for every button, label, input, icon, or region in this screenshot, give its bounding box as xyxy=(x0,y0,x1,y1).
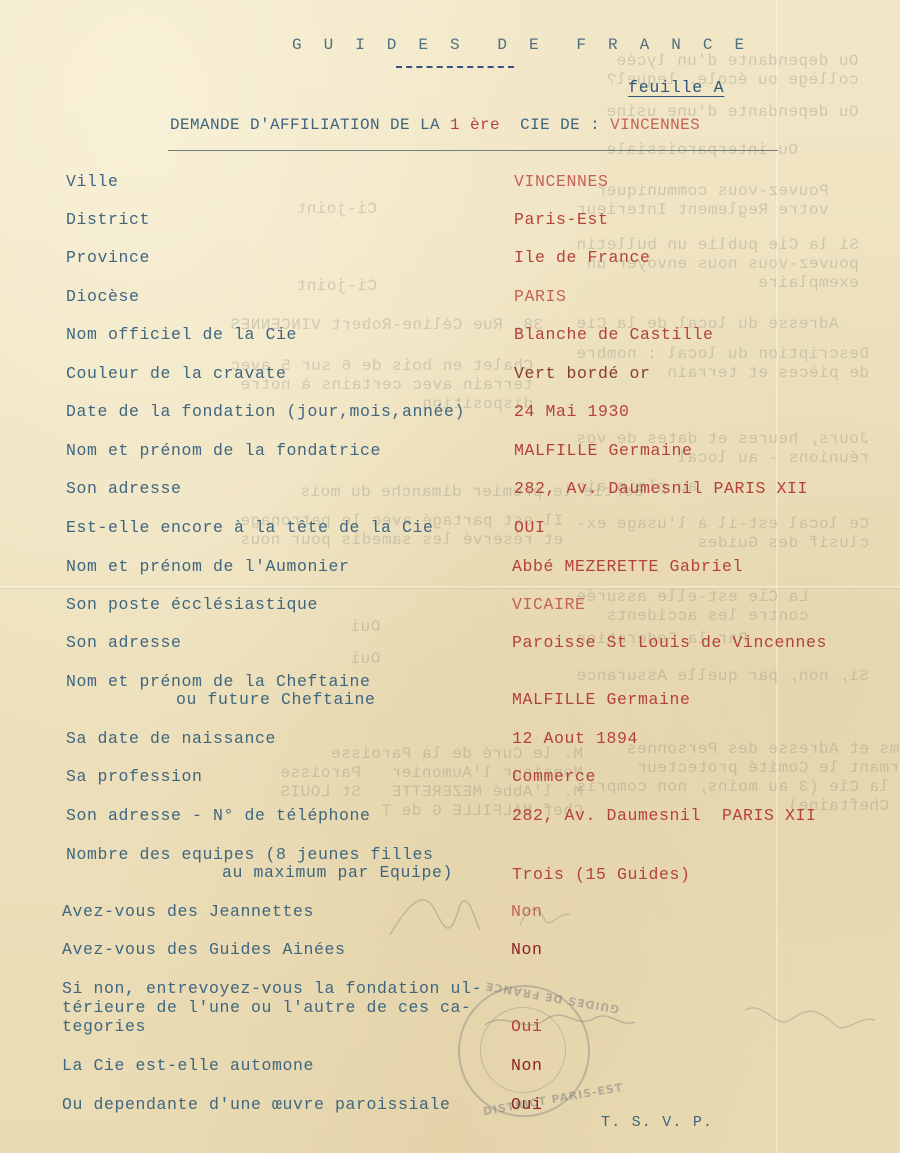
label-founding-date: Date de la fondation (jour,mois,année) xyxy=(66,402,465,421)
please-turn-over-note: T. S. V. P. xyxy=(601,1114,713,1131)
label-future-founding-line3: tegories xyxy=(62,1017,146,1036)
label-province: Province xyxy=(66,248,150,267)
label-district: District xyxy=(66,210,150,229)
value-tie-color: Vert bordé or xyxy=(514,364,651,383)
value-leader-address-phone: 282, Av. Daumesnil PARIS XII xyxy=(512,806,817,825)
label-official-name: Nom officiel de la Cie xyxy=(66,325,297,344)
subtitle-divider xyxy=(168,150,778,151)
value-chaplain-post: VICAIRE xyxy=(512,595,586,614)
subtitle-city: VINCENNES xyxy=(610,116,700,134)
value-chaplain-address: Paroisse St Louis de Vincennes xyxy=(512,633,827,652)
label-future-founding-line2: térieure de l'une ou l'autre de ces ca- xyxy=(62,998,472,1017)
value-still-leading: OUI xyxy=(514,518,546,537)
value-diocese: PARIS xyxy=(514,287,567,306)
label-founder-address: Son adresse xyxy=(66,479,182,498)
label-autonomous: La Cie est-elle automone xyxy=(62,1056,314,1075)
label-ville: Ville xyxy=(66,172,119,191)
label-jeannettes: Avez-vous des Jeannettes xyxy=(62,902,314,921)
value-chaplain-name: Abbé MEZERETTE Gabriel xyxy=(512,557,743,576)
label-chaplain-address: Son adresse xyxy=(66,633,182,652)
value-team-count: Trois (15 Guides) xyxy=(512,865,691,884)
label-diocese: Diocèse xyxy=(66,287,140,306)
label-parish-dependent: Ou dependante d'une œuvre paroissiale xyxy=(62,1095,451,1114)
value-leader-name: MALFILLE Germaine xyxy=(512,690,691,709)
pencil-signature-icon xyxy=(380,880,580,960)
label-leader-profession: Sa profession xyxy=(66,767,203,786)
label-founder-name: Nom et prénom de la fondatrice xyxy=(66,441,381,460)
label-chaplain-name: Nom et prénom de l'Aumonier xyxy=(66,557,350,576)
value-ville: VINCENNES xyxy=(514,172,609,191)
value-founder-address: 282, Av. Daumesnil PARIS XII xyxy=(514,479,808,498)
form-subtitle: DEMANDE D'AFFILIATION DE LA 1 ère CIE DE… xyxy=(170,116,700,134)
organization-title: G U I D E S D E F R A N C E xyxy=(292,36,750,54)
label-chaplain-post: Son poste écclésiastique xyxy=(66,595,318,614)
value-founder-name: MALFILLE Germaine xyxy=(514,441,693,460)
subtitle-middle: CIE DE : xyxy=(500,116,610,134)
sheet-label: feuille A xyxy=(628,78,724,97)
label-leader-birthdate: Sa date de naissance xyxy=(66,729,276,748)
value-founding-date: 24 Mai 1930 xyxy=(514,402,630,421)
subtitle-rank: 1 ère xyxy=(450,116,500,134)
label-guides-ainees: Avez-vous des Guides Ainées xyxy=(62,940,346,959)
value-leader-profession: Commerce xyxy=(512,767,596,786)
value-official-name: Blanche de Castille xyxy=(514,325,714,344)
label-leader-name-line2: ou future Cheftaine xyxy=(176,690,376,709)
label-team-count-line2: au maximum par Equipe) xyxy=(222,863,453,882)
fold-line-vertical xyxy=(776,0,778,1153)
label-future-founding: Si non, entrevoyez-vous la fondation ul- xyxy=(62,979,482,998)
value-district: Paris-Est xyxy=(514,210,609,229)
value-province: Ile de France xyxy=(514,248,651,267)
district-stamp: GUIDES DE FRANCE DISTRICT PARIS-EST xyxy=(458,985,590,1117)
subtitle-prefix: DEMANDE D'AFFILIATION DE LA xyxy=(170,116,450,134)
title-underline-rule xyxy=(396,66,514,68)
value-leader-birthdate: 12 Aout 1894 xyxy=(512,729,638,748)
label-leader-address-phone: Son adresse - N° de téléphone xyxy=(66,806,371,825)
value-guides-ainees: Non xyxy=(511,940,543,959)
document-page: Ou dependante d'un lycée collège ou écol… xyxy=(0,0,900,1153)
label-team-count: Nombre des equipes (8 jeunes filles xyxy=(66,845,434,864)
value-jeannettes: Non xyxy=(511,902,543,921)
label-leader-name: Nom et prénom de la Cheftaine xyxy=(66,672,371,691)
label-tie-color: Couleur de la cravate xyxy=(66,364,287,383)
stamp-inner-ring xyxy=(480,1007,566,1093)
label-still-leading: Est-elle encore à la tête de la Cie xyxy=(66,518,434,537)
